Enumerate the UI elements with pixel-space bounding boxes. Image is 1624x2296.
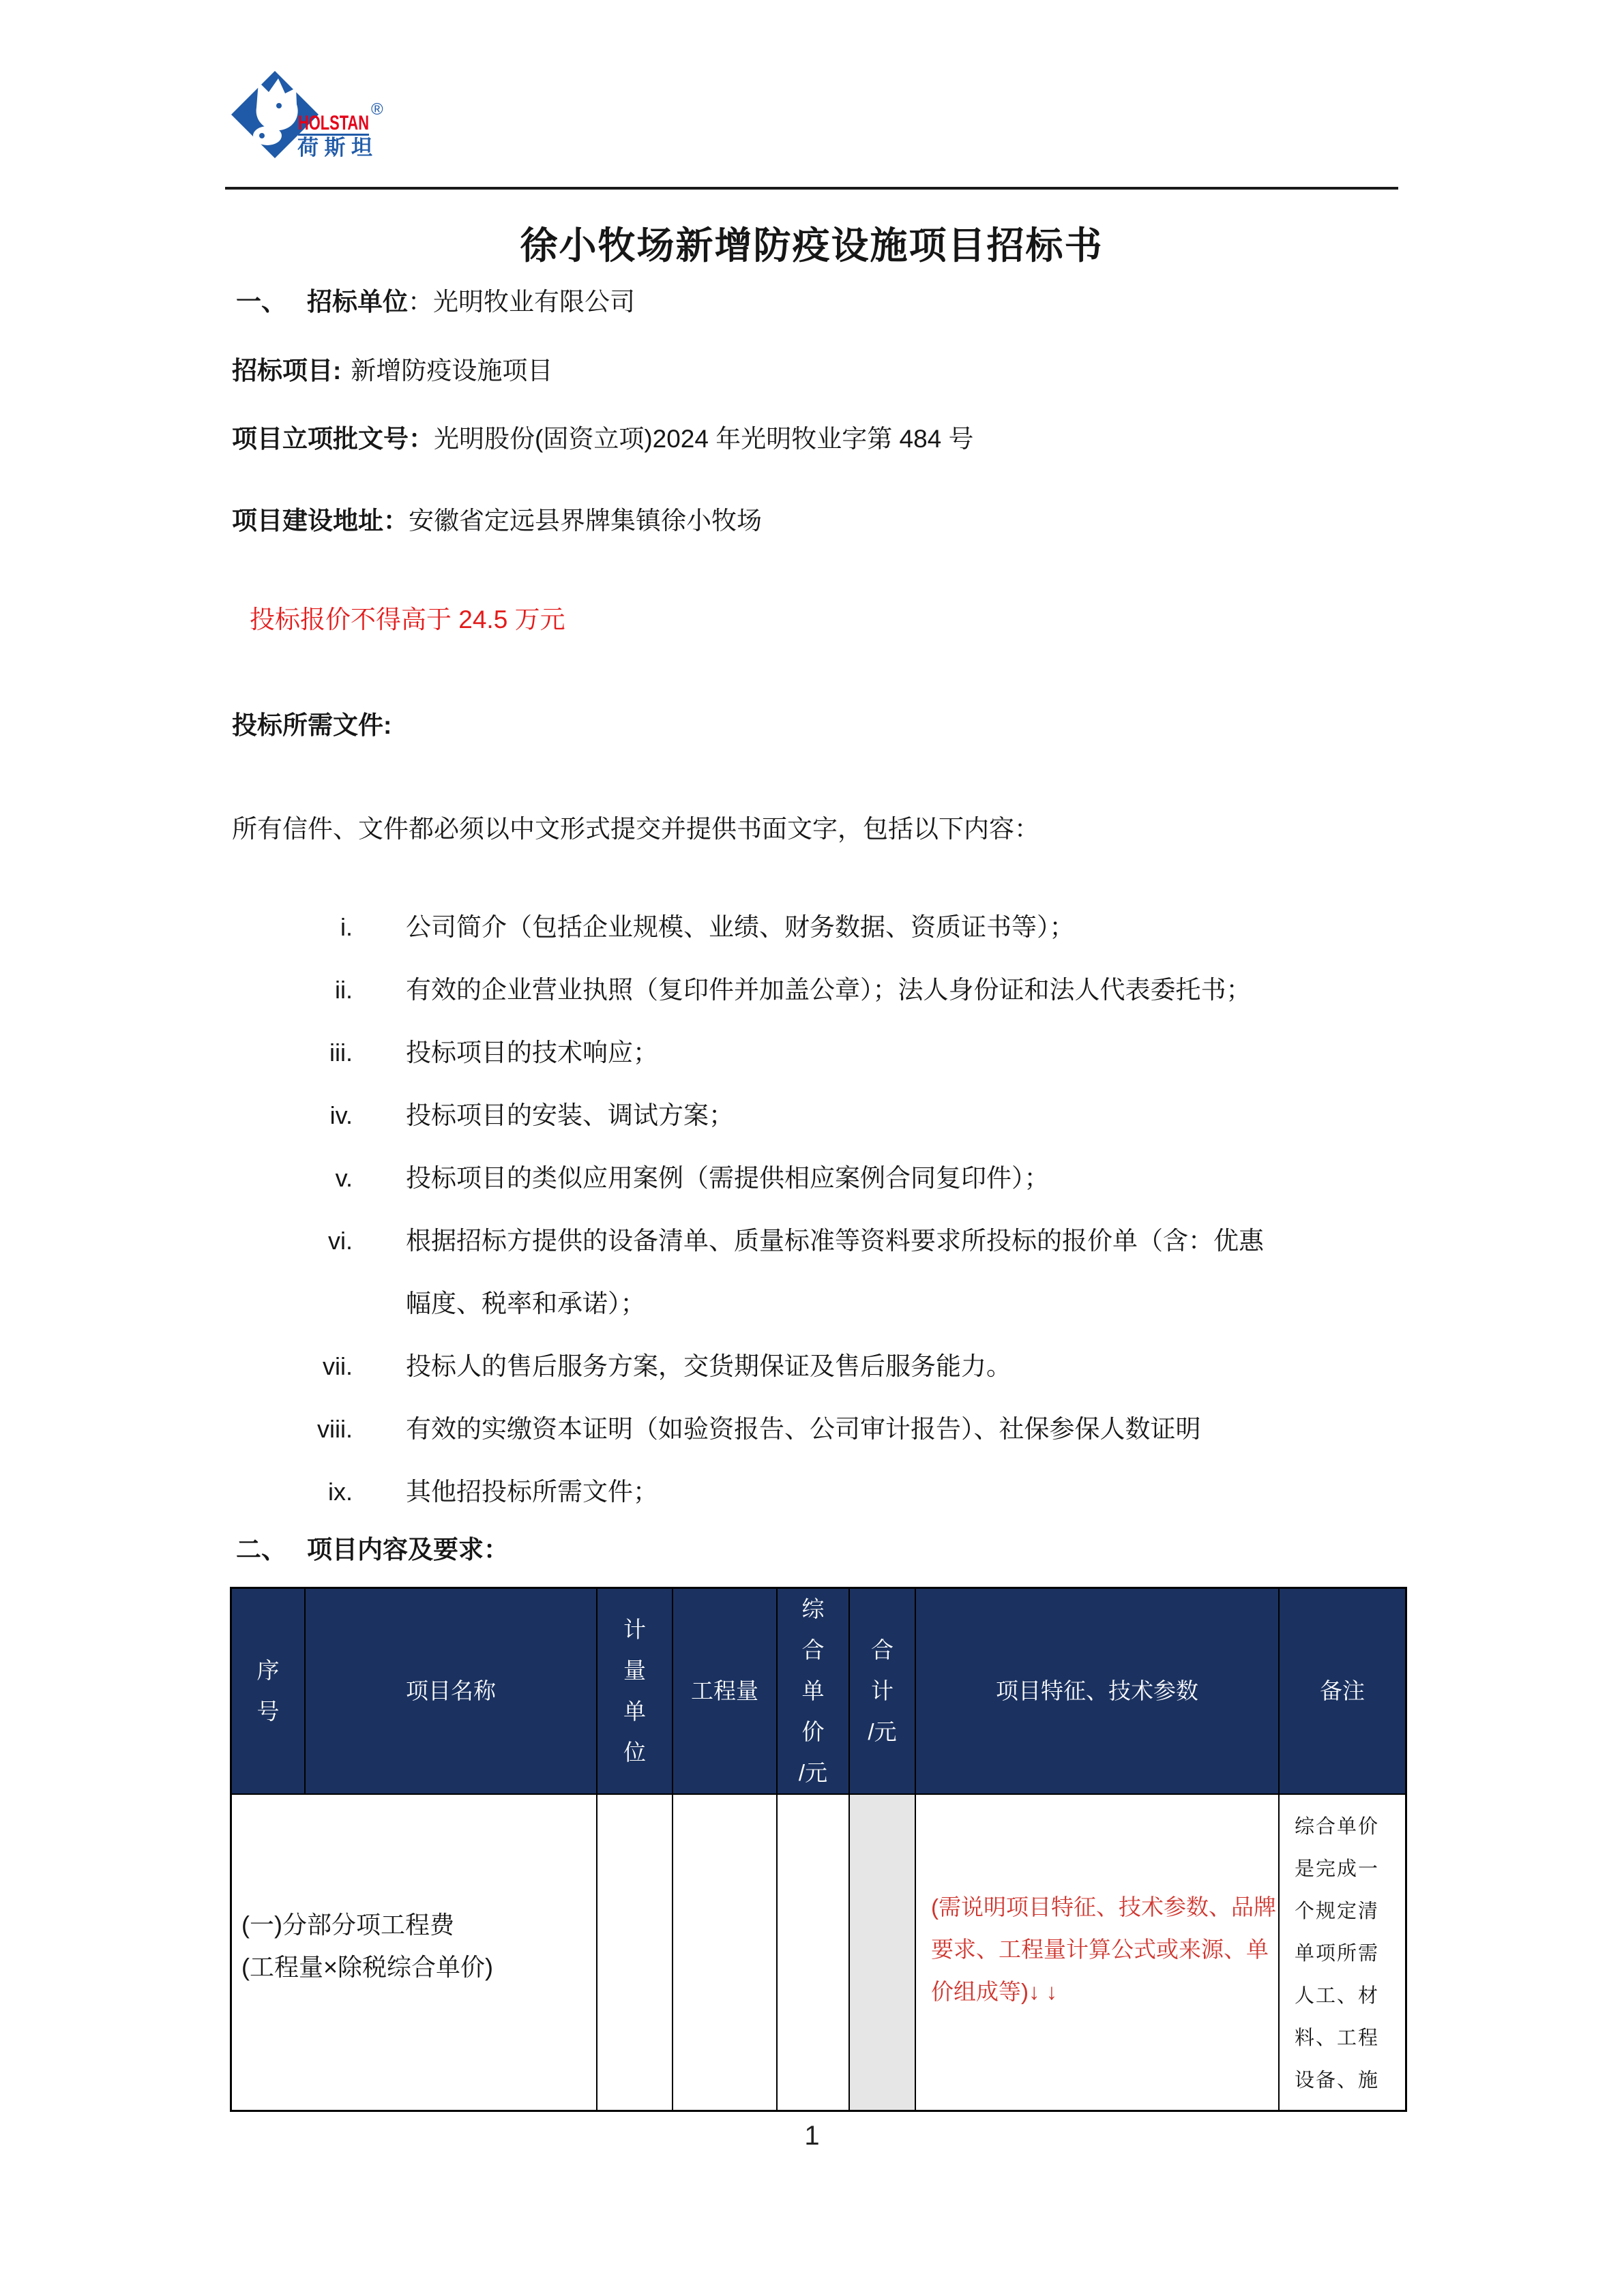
list-item-text-wrap: 根据招标方提供的设备清单、质量标准等资料要求所投标的报价单（含：优惠 幅度、税率… [406,1210,1264,1335]
header-cell-total: 合 计 /元 [850,1589,916,1793]
list-item-numeral: v. [225,1147,353,1210]
list-item-numeral: vii. [225,1335,353,1398]
remark-line: 设备、施 [1295,2059,1398,2102]
header-char: 计 [871,1671,894,1712]
list-item-numeral: vi. [225,1210,353,1272]
list-item-text: 投标项目的安装、调试方案； [406,1084,734,1147]
cell-item-name: (一)分部分项工程费 (工程量×除税综合单价) [232,1795,597,2110]
list-item-text: 有效的企业营业执照（复印件并加盖公章）；法人身份证和法人代表委托书； [406,959,1252,1022]
header-char: /元 [799,1753,827,1793]
remark-line: 单项所需 [1295,1933,1398,1975]
header-char: 单 [623,1691,646,1732]
header-cell-name: 项目名称 [306,1589,597,1793]
cell-unit-empty [597,1795,673,2110]
tender-project-value: 新增防疫设施项目 [351,357,552,385]
list-item: i. 公司简介（包括企业规模、业绩、财务数据、资质证书等）； [225,896,1453,959]
header-char: 综 [802,1589,825,1630]
list-item: viii. 有效的实缴资本证明（如验资报告、公司审计报告）、社保参保人数证明 [225,1398,1453,1461]
remark-line: 个规定清 [1295,1890,1398,1933]
list-item: vii. 投标人的售后服务方案，交货期保证及售后服务能力。 [225,1335,1453,1398]
section2-heading: 二、项目内容及要求： [236,1533,509,1567]
list-item-numeral: i. [225,896,353,959]
feature-line: (需说明项目特征、技术参数、品牌 [931,1886,1266,1928]
cow-muzzle [253,126,282,145]
feature-line: 要求、工程量计算公式或来源、单 [931,1928,1266,1971]
holstan-logo: HOLSTAN ® 荷 斯 坦 [228,67,387,164]
header-char: 位 [623,1732,646,1773]
price-limit-warning: 投标报价不得高于 24.5 万元 [250,603,565,637]
approval-number-line: 项目立项批文号：光明股份(固资立项)2024 年光明牧业字第 484 号 [232,422,974,456]
page-number: 1 [0,2121,1624,2151]
header-char: 号 [257,1691,280,1732]
list-item-text: 投标人的售后服务方案，交货期保证及售后服务能力。 [406,1335,1012,1398]
table-header-row: 序 号 项目名称 计 量 单 位 工程量 综 合 单 价 /元 [232,1589,1405,1793]
remark-line: 综合单价 [1295,1806,1398,1848]
list-item: vi. 根据招标方提供的设备清单、质量标准等资料要求所投标的报价单（含：优惠 幅… [225,1210,1453,1335]
requirements-list: i. 公司简介（包括企业规模、业绩、财务数据、资质证书等）； ii. 有效的企业… [225,896,1453,1523]
feature-line: 价组成等)↓ ↓ [931,1971,1266,2013]
registered-mark-icon: ® [371,100,383,119]
tender-unit-label: 招标单位 [307,288,408,316]
list-item-text-line2: 幅度、税率和承诺）； [406,1272,1264,1335]
required-documents-heading: 投标所需文件: [232,709,392,743]
project-address-line: 项目建设地址：安徽省定远县界牌集镇徐小牧场 [232,504,762,538]
brand-text-cn: 荷 斯 坦 [297,136,372,160]
list-item-text-line1: 根据招标方提供的设备清单、质量标准等资料要求所投标的报价单（含：优惠 [406,1210,1264,1272]
tender-project-label: 招标项目: [232,357,341,385]
list-item-text: 公司简介（包括企业规模、业绩、财务数据、资质证书等）； [406,896,1075,959]
list-item-text: 投标项目的技术响应； [406,1022,658,1084]
project-spec-table: 序 号 项目名称 计 量 单 位 工程量 综 合 单 价 /元 [230,1587,1407,2112]
header-divider [225,187,1398,190]
list-item-numeral: ix. [225,1461,353,1523]
section-number: 二、 [236,1533,307,1567]
document-title: 徐小牧场新增防疫设施项目招标书 [225,215,1398,269]
cell-remark: 综合单价 是完成一 个规定清 单项所需 人工、材 料、工程 设备、施 [1280,1795,1405,2110]
section2-label: 项目内容及要求： [307,1536,509,1564]
brand-text: HOLSTAN [298,112,369,134]
header-label: 工程量 [691,1671,758,1712]
header-char: 单 [802,1671,825,1712]
list-item: iii. 投标项目的技术响应； [225,1022,1453,1084]
header-char: 合 [802,1630,825,1671]
cow-nostril [259,133,265,138]
documents-note: 所有信件、文件都必须以中文形式提交并提供书面文字，包括以下内容： [232,812,1039,846]
section-number: 一、 [236,285,307,319]
table-row: (一)分部分项工程费 (工程量×除税综合单价) (需说明项目特征、技术参数、品牌… [232,1793,1405,2110]
list-item: v. 投标项目的类似应用案例（需提供相应案例合同复印件）； [225,1147,1453,1210]
remark-line: 是完成一 [1295,1848,1398,1890]
header-label: 项目名称 [406,1671,496,1712]
header-cell-unit: 计 量 单 位 [597,1589,673,1793]
cell-feature-note: (需说明项目特征、技术参数、品牌 要求、工程量计算公式或来源、单 价组成等)↓ … [916,1795,1280,2110]
header-char: 合 [871,1630,894,1671]
list-item-numeral: viii. [225,1398,353,1461]
remark-line: 人工、材 [1295,1975,1398,2017]
list-item: ix. 其他招投标所需文件； [225,1461,1453,1523]
header-cell-feature: 项目特征、技术参数 [916,1589,1280,1793]
document-page: HOLSTAN ® 荷 斯 坦 徐小牧场新增防疫设施项目招标书 一、招标单位：光… [0,0,1624,2296]
cell-total-gray [850,1795,916,2110]
project-address-value: 安徽省定远县界牌集镇徐小牧场 [409,507,762,535]
header-cell-unit-price: 综 合 单 价 /元 [778,1589,850,1793]
remark-line: 料、工程 [1295,2017,1398,2059]
project-address-label: 项目建设地址： [232,507,409,535]
header-cell-quantity: 工程量 [673,1589,778,1793]
list-item-numeral: ii. [225,959,353,1022]
list-item: ii. 有效的企业营业执照（复印件并加盖公章）；法人身份证和法人代表委托书； [225,959,1453,1022]
header-char: /元 [868,1712,896,1753]
header-cell-seq: 序 号 [232,1589,306,1793]
approval-number-label: 项目立项批文号： [232,425,434,453]
cow-diamond-logo-icon: HOLSTAN ® 荷 斯 坦 [228,67,387,164]
approval-number-value: 光明股份(固资立项)2024 年光明牧业字第 484 号 [434,425,974,453]
list-item-text: 有效的实缴资本证明（如验资报告、公司审计报告）、社保参保人数证明 [406,1398,1201,1461]
header-char: 计 [623,1609,646,1650]
list-item-text: 其他招投标所需文件； [406,1461,658,1523]
item-name-line: (一)分部分项工程费 [241,1904,596,1946]
list-item-text: 投标项目的类似应用案例（需提供相应案例合同复印件）； [406,1147,1050,1210]
cell-unit-price-empty [778,1795,850,2110]
tender-unit-value: ：光明牧业有限公司 [408,288,635,316]
header-cell-note: 备注 [1280,1589,1405,1793]
header-char: 序 [257,1650,280,1691]
header-char: 量 [623,1650,646,1691]
item-name-line: (工程量×除税综合单价) [241,1946,596,1988]
list-item-numeral: iii. [225,1022,353,1084]
cow-eye [276,103,282,108]
cell-quantity-empty [673,1795,778,2110]
header-label: 项目特征、技术参数 [996,1671,1198,1712]
list-item: iv. 投标项目的安装、调试方案； [225,1084,1453,1147]
tender-unit-line: 一、招标单位：光明牧业有限公司 [236,285,635,319]
tender-project-line: 招标项目:新增防疫设施项目 [232,354,552,388]
list-item-numeral: iv. [225,1084,353,1147]
header-label: 备注 [1320,1671,1365,1712]
header-char: 价 [802,1712,825,1753]
